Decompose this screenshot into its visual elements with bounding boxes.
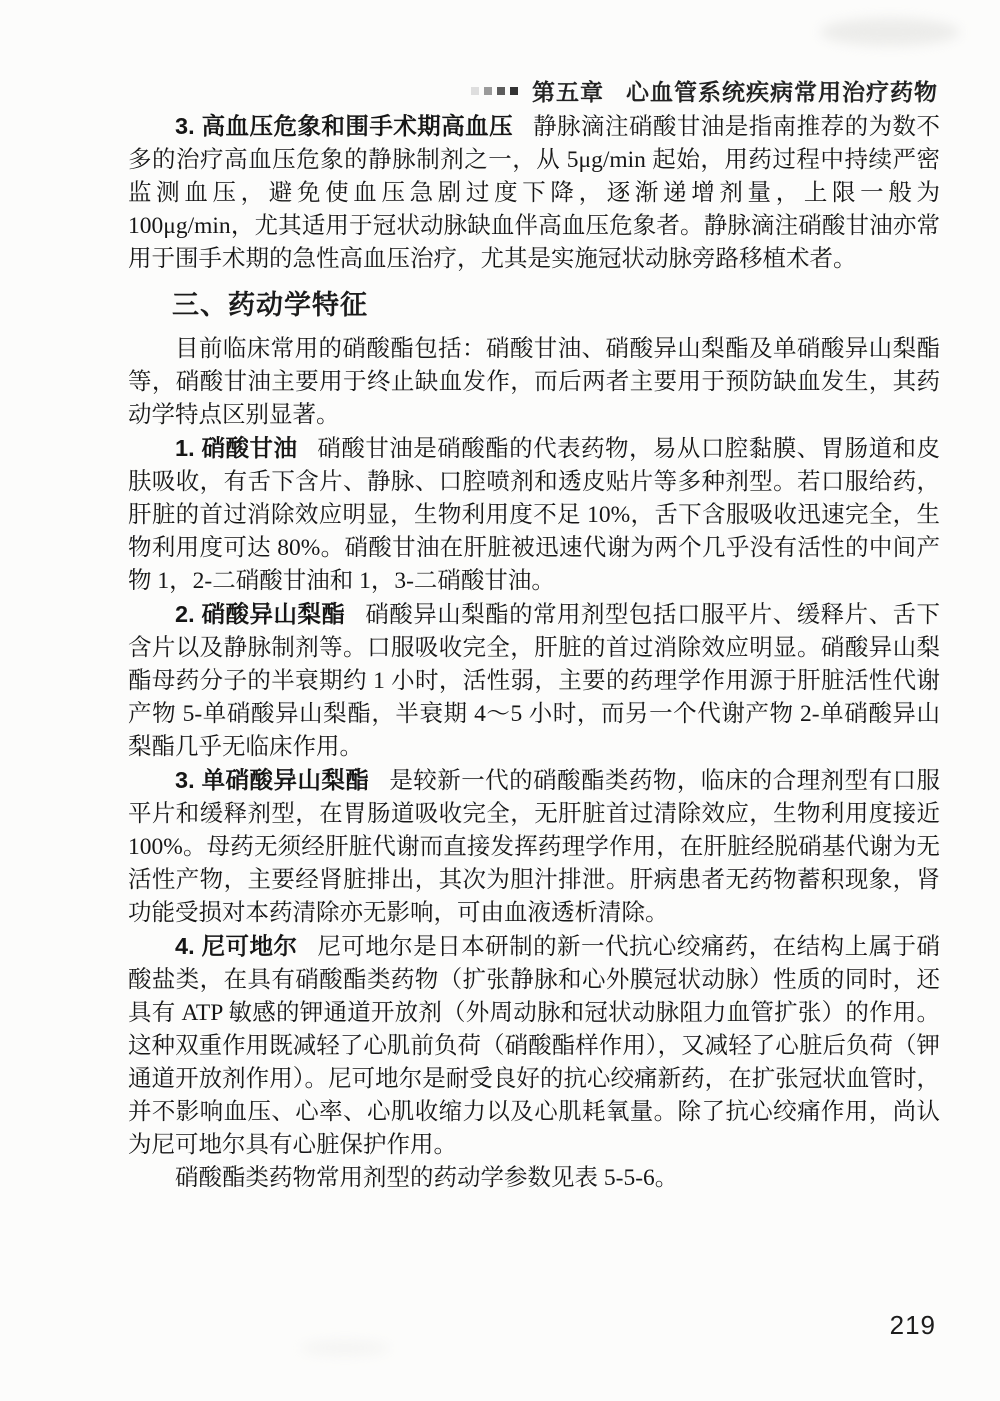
body-text-column: 3. 高血压危象和围手术期高血压静脉滴注硝酸甘油是指南推荐的为数不多的治疗高血压… [128, 110, 940, 1195]
section-heading: 三、药动学特征 [172, 290, 940, 320]
run-in-heading: 1. 硝酸甘油 [175, 435, 317, 461]
paragraph-text: 硝酸酯类药物常用剂型的药动学参数见表 5-5-6。 [175, 1165, 678, 1191]
run-in-heading: 4. 尼可地尔 [175, 933, 317, 959]
paragraph: 硝酸酯类药物常用剂型的药动学参数见表 5-5-6。 [128, 1162, 940, 1195]
run-in-heading: 2. 硝酸异山梨酯 [175, 601, 365, 627]
running-head: 第五章 心血管系统疾病常用治疗药物 [466, 74, 938, 107]
book-page: 第五章 心血管系统疾病常用治疗药物 3. 高血压危象和围手术期高血压静脉滴注硝酸… [0, 0, 1000, 1401]
chapter-marker-icon [466, 87, 518, 95]
watermark-black-text: PDF001 [0, 880, 7, 1077]
scan-smudge [820, 18, 960, 46]
run-in-heading: 3. 高血压危象和围手术期高血压 [175, 113, 533, 139]
paragraph-text: 尼可地尔是日本研制的新一代抗心绞痛药，在结构上属于硝酸盐类，在具有硝酸酯类药物（… [128, 934, 940, 1158]
paragraph: 3. 高血压危象和围手术期高血压静脉滴注硝酸甘油是指南推荐的为数不多的治疗高血压… [128, 110, 940, 276]
paragraph: 4. 尼可地尔尼可地尔是日本研制的新一代抗心绞痛药，在结构上属于硝酸盐类，在具有… [128, 930, 940, 1162]
chapter-title: 心血管系统疾病常用治疗药物 [626, 74, 938, 107]
site-watermark: PDF001.COM [0, 880, 6, 1217]
page-number: 219 [890, 1310, 936, 1341]
chapter-number: 第五章 [532, 74, 604, 107]
paragraph-text: 目前临床常用的硝酸酯包括：硝酸甘油、硝酸异山梨酯及单硝酸异山梨酯等，硝酸甘油主要… [128, 336, 940, 428]
run-in-heading: 3. 单硝酸异山梨酯 [175, 767, 389, 793]
watermark-red-text: .COM [0, 1077, 7, 1217]
scan-smudge [300, 1340, 390, 1356]
paragraph: 目前临床常用的硝酸酯包括：硝酸甘油、硝酸异山梨酯及单硝酸异山梨酯等，硝酸甘油主要… [128, 333, 940, 432]
paragraph: 1. 硝酸甘油硝酸甘油是硝酸酯的代表药物，易从口腔黏膜、胃肠道和皮肤吸收，有舌下… [128, 432, 940, 598]
paragraph: 2. 硝酸异山梨酯硝酸异山梨酯的常用剂型包括口服平片、缓释片、舌下含片以及静脉制… [128, 598, 940, 764]
paragraph: 3. 单硝酸异山梨酯是较新一代的硝酸酯类药物，临床的合理剂型有口服平片和缓释剂型… [128, 764, 940, 930]
